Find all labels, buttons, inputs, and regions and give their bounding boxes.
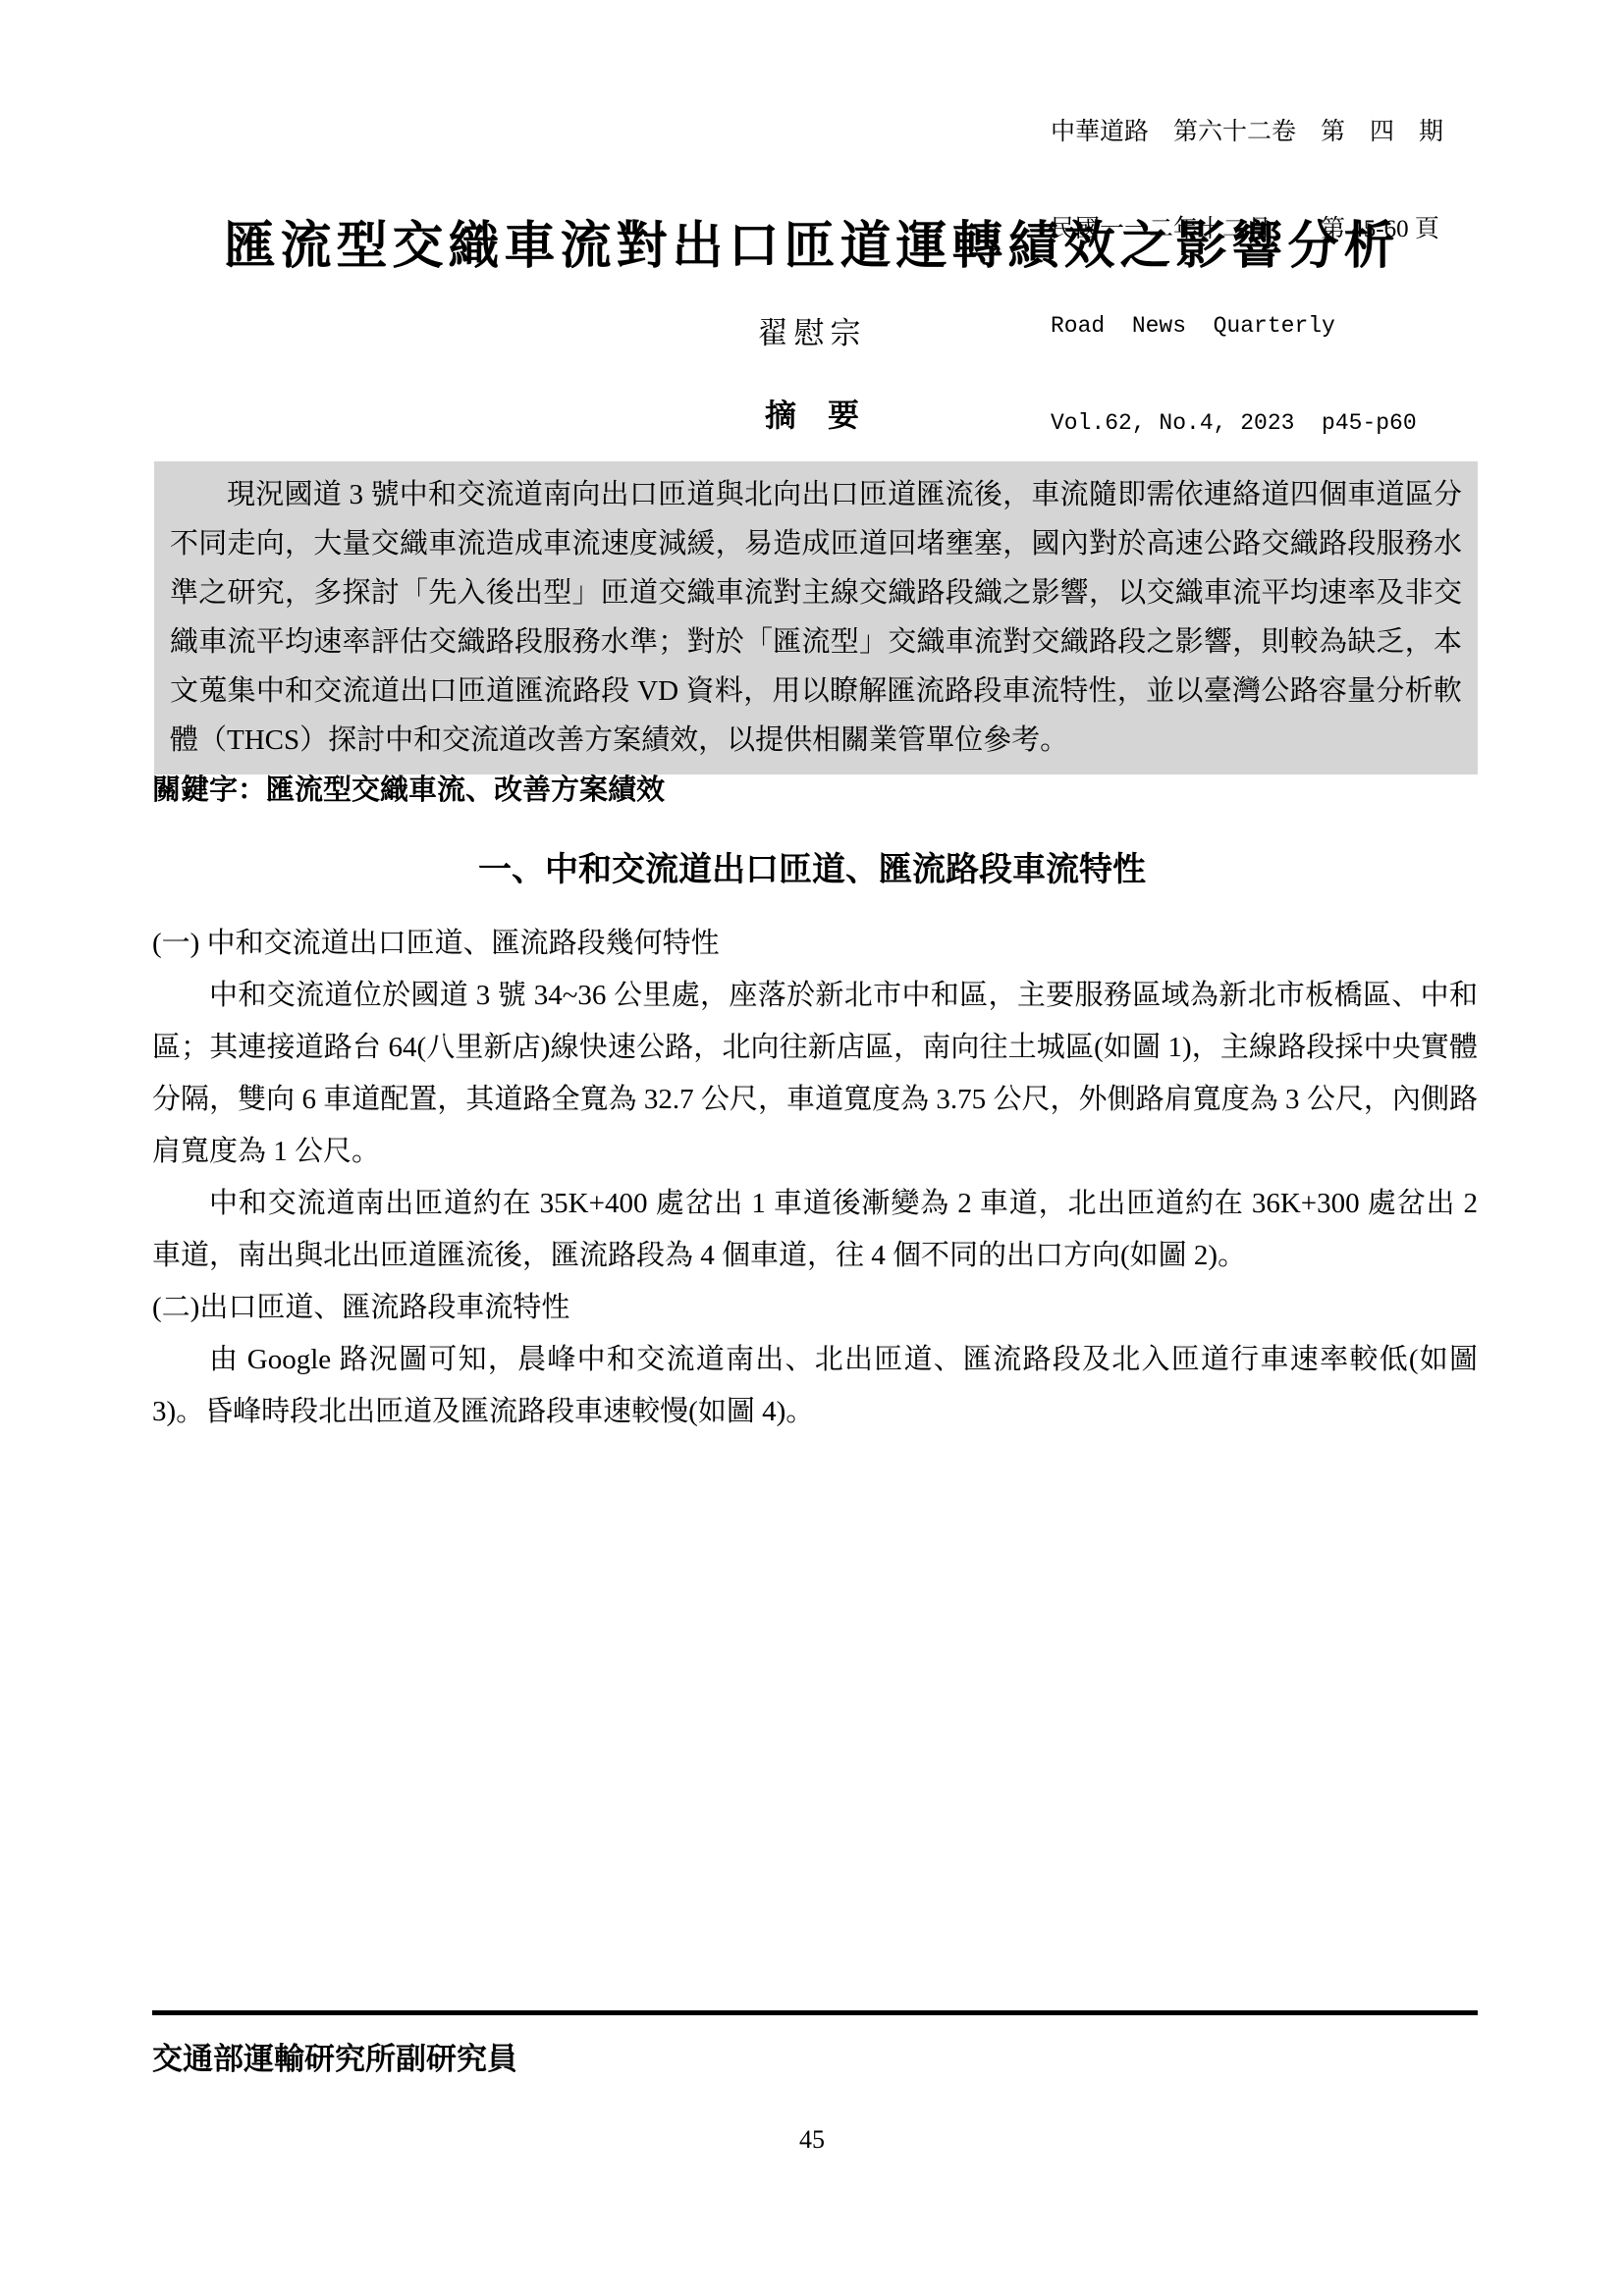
section-1-heading: 一、中和交流道出口匝道、匯流路段車流特性 (0, 842, 1624, 890)
paragraph-1: 中和交流道位於國道 3 號 34~36 公里處，座落於新北市中和區，主要服務區域… (152, 970, 1478, 1178)
footnote-divider (152, 2010, 1478, 2015)
author-name: 翟慰宗 (0, 308, 1624, 352)
subsection-2-label: (二)出口匝道、匯流路段車流特性 (152, 1282, 1478, 1334)
journal-header: 中華道路 第六十二卷 第 四 期 民國一一二年十二月 第 45-60 頁 Roa… (1051, 51, 1492, 505)
abstract-text: 現況國道 3 號中和交流道南向出口匝道與北向出口匝道匯流後，車流隨即需依連絡道四… (170, 470, 1462, 765)
abstract-heading: 摘 要 (0, 391, 1624, 436)
subsection-1-label: (一) 中和交流道出口匝道、匯流路段幾何特性 (152, 918, 1478, 970)
paragraph-3: 由 Google 路況圖可知，晨峰中和交流道南出、北出匝道、匯流路段及北入匝道行… (152, 1334, 1478, 1438)
author-affiliation-footnote: 交通部運輸研究所副研究員 (152, 2034, 517, 2078)
abstract-box: 現況國道 3 號中和交流道南向出口匝道與北向出口匝道匯流後，車流隨即需依連絡道四… (154, 461, 1478, 774)
paper-title: 匯流型交織車流對出口匝道運轉績效之影響分析 (0, 204, 1624, 278)
paragraph-2: 中和交流道南出匝道約在 35K+400 處岔出 1 車道後漸變為 2 車道，北出… (152, 1178, 1478, 1282)
page-number: 45 (0, 2125, 1624, 2155)
document-page: 中華道路 第六十二卷 第 四 期 民國一一二年十二月 第 45-60 頁 Roa… (0, 0, 1624, 2296)
body-text: (一) 中和交流道出口匝道、匯流路段幾何特性 中和交流道位於國道 3 號 34~… (152, 918, 1478, 1438)
keywords-line: 關鍵字：匯流型交織車流、改善方案績效 (152, 768, 665, 808)
journal-volume-line: 中華道路 第六十二卷 第 四 期 (1051, 116, 1492, 148)
